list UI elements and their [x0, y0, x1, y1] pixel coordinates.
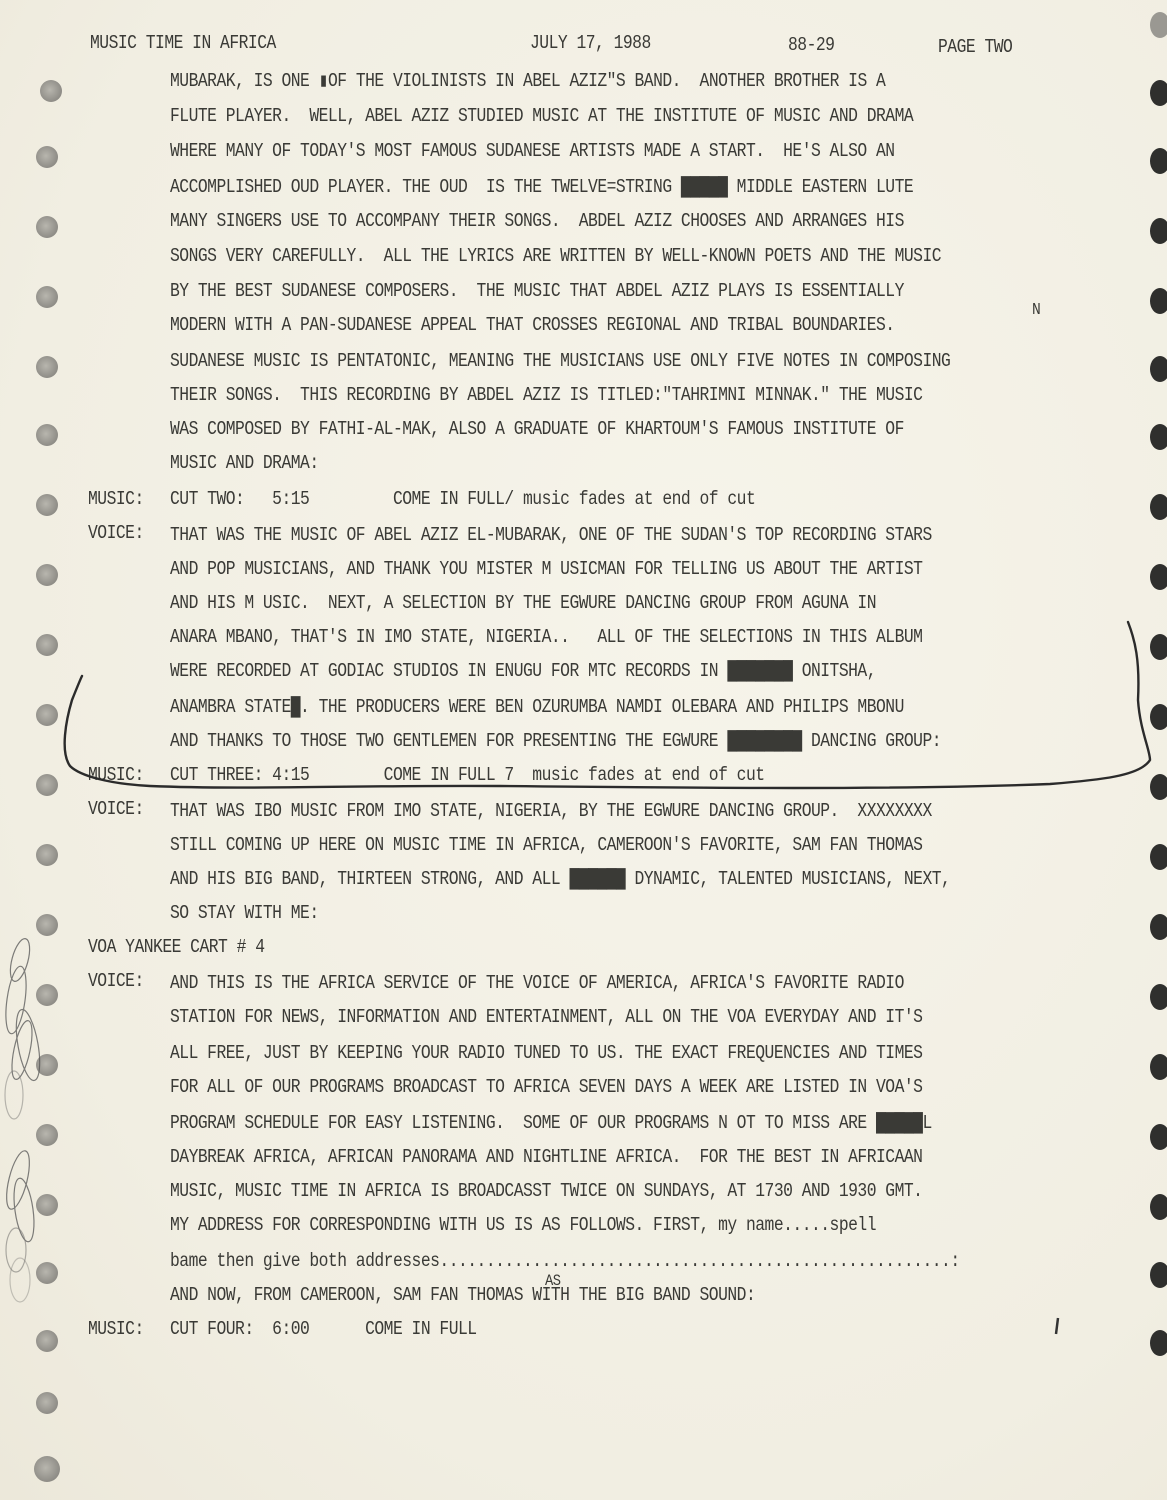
script-line: FOR ALL OF OUR PROGRAMS BROADCAST TO AFR… — [170, 1076, 922, 1098]
script-line: SONGS VERY CAREFULLY. ALL THE LYRICS ARE… — [170, 245, 941, 267]
punch-hole-right — [1150, 288, 1167, 314]
music-cue: CUT TWO: 5:15 COME IN FULL/ music fades … — [170, 488, 755, 510]
script-line: WAS COMPOSED BY FATHI-AL-MAK, ALSO A GRA… — [170, 418, 904, 440]
punch-hole-left — [36, 494, 58, 516]
punch-hole-right — [1150, 218, 1167, 244]
punch-hole-right — [1150, 424, 1167, 450]
punch-hole-left — [36, 984, 58, 1006]
punch-hole-right — [1150, 564, 1167, 590]
script-line: MY ADDRESS FOR CORRESPONDING WITH US IS … — [170, 1214, 876, 1236]
punch-hole-left — [36, 1262, 58, 1284]
punch-hole-right — [1150, 80, 1167, 106]
script-line: THAT WAS THE MUSIC OF ABEL AZIZ EL-MUBAR… — [170, 524, 932, 546]
punch-hole-left — [36, 774, 58, 796]
cue-label-voice: VOICE: — [88, 798, 144, 820]
cue-label-music: MUSIC: — [88, 1318, 144, 1340]
punch-hole-right — [1150, 984, 1167, 1010]
punch-hole-left — [36, 914, 58, 936]
punch-hole-left — [36, 704, 58, 726]
punch-hole-left — [36, 424, 58, 446]
punch-hole-right — [1150, 12, 1167, 38]
punch-hole-left — [40, 80, 62, 102]
script-line: PROGRAM SCHEDULE FOR EASY LISTENING. SOM… — [170, 1112, 932, 1134]
script-line: MANY SINGERS USE TO ACCOMPANY THEIR SONG… — [170, 210, 904, 232]
music-cue: CUT THREE: 4:15 COME IN FULL 7 music fad… — [170, 764, 765, 786]
document-page: MUSIC TIME IN AFRICA JULY 17, 1988 88-29… — [0, 0, 1167, 1500]
script-line: MUSIC AND DRAMA: — [170, 452, 319, 474]
program-title: MUSIC TIME IN AFRICA — [90, 32, 276, 54]
punch-hole-right — [1150, 356, 1167, 382]
script-line: WERE RECORDED AT GODIAC STUDIOS IN ENUGU… — [170, 660, 876, 682]
script-number: 88-29 — [788, 34, 834, 56]
punch-hole-left — [36, 1330, 58, 1352]
punch-hole-left — [36, 1392, 58, 1414]
punch-hole-left — [36, 216, 58, 238]
script-line: ACCOMPLISHED OUD PLAYER. THE OUD IS THE … — [170, 176, 913, 198]
punch-hole-right — [1150, 148, 1167, 174]
script-line: AND POP MUSICIANS, AND THANK YOU MISTER … — [170, 558, 922, 580]
punch-hole-right — [1150, 1262, 1167, 1288]
punch-hole-left — [36, 1124, 58, 1146]
script-line: WHERE MANY OF TODAY'S MOST FAMOUS SUDANE… — [170, 140, 895, 162]
script-line: MUSIC, MUSIC TIME IN AFRICA IS BROADCASS… — [170, 1180, 922, 1202]
punch-hole-left — [36, 146, 58, 168]
punch-hole-right — [1150, 704, 1167, 730]
punch-hole-right — [1150, 774, 1167, 800]
script-line: AND NOW, FROM CAMEROON, SAM FAN THOMAS W… — [170, 1284, 755, 1306]
punch-hole-left — [36, 564, 58, 586]
script-line: SUDANESE MUSIC IS PENTATONIC, MEANING TH… — [170, 350, 950, 372]
punch-hole-left — [36, 356, 58, 378]
script-line: STATION FOR NEWS, INFORMATION AND ENTERT… — [170, 1006, 922, 1028]
cart-cue: VOA YANKEE CART # 4 — [88, 936, 265, 958]
punch-hole-right — [1150, 634, 1167, 660]
punch-hole-right — [1150, 1124, 1167, 1150]
script-line: AND HIS M USIC. NEXT, A SELECTION BY THE… — [170, 592, 876, 614]
script-line: bame then give both addresses...........… — [170, 1250, 960, 1272]
punch-hole-left — [36, 1054, 58, 1076]
script-line: FLUTE PLAYER. WELL, ABEL AZIZ STUDIED MU… — [170, 105, 913, 127]
punch-hole-right — [1150, 494, 1167, 520]
script-line: AND HIS BIG BAND, THIRTEEN STRONG, AND A… — [170, 868, 950, 890]
punch-hole-left — [36, 634, 58, 656]
typed-insert-n: N — [1032, 300, 1040, 322]
script-line: AND THANKS TO THOSE TWO GENTLEMEN FOR PR… — [170, 730, 941, 752]
punch-hole-left — [36, 1194, 58, 1216]
typed-insert-as: AS — [545, 1270, 560, 1292]
script-line: MODERN WITH A PAN-SUDANESE APPEAL THAT C… — [170, 314, 895, 336]
script-line: THAT WAS IBO MUSIC FROM IMO STATE, NIGER… — [170, 800, 932, 822]
punch-hole-right — [1150, 1194, 1167, 1220]
cue-label-music: MUSIC: — [88, 764, 144, 786]
punch-hole-left — [36, 844, 58, 866]
cue-label-voice: VOICE: — [88, 522, 144, 544]
script-line: ANAMBRA STATE█. THE PRODUCERS WERE BEN O… — [170, 696, 904, 718]
script-line: THEIR SONGS. THIS RECORDING BY ABDEL AZI… — [170, 384, 922, 406]
script-line: DAYBREAK AFRICA, AFRICAN PANORAMA AND NI… — [170, 1146, 922, 1168]
cue-label-voice: VOICE: — [88, 970, 144, 992]
music-cue: CUT FOUR: 6:00 COME IN FULL — [170, 1318, 477, 1340]
script-line: SO STAY WITH ME: — [170, 902, 319, 924]
page-number: PAGE TWO — [938, 36, 1012, 58]
script-line: ANARA MBANO, THAT'S IN IMO STATE, NIGERI… — [170, 626, 922, 648]
punch-hole-right — [1150, 844, 1167, 870]
punch-hole-left — [36, 286, 58, 308]
script-line: AND THIS IS THE AFRICA SERVICE OF THE VO… — [170, 972, 904, 994]
punch-hole-left — [34, 1456, 60, 1482]
cue-label-music: MUSIC: — [88, 488, 144, 510]
punch-hole-right — [1150, 914, 1167, 940]
script-line: BY THE BEST SUDANESE COMPOSERS. THE MUSI… — [170, 280, 904, 302]
punch-hole-right — [1150, 1054, 1167, 1080]
punch-hole-right — [1150, 1330, 1167, 1356]
script-line: MUBARAK, IS ONE ▮OF THE VIOLINISTS IN AB… — [170, 70, 885, 92]
script-line: STILL COMING UP HERE ON MUSIC TIME IN AF… — [170, 834, 922, 856]
broadcast-date: JULY 17, 1988 — [530, 32, 651, 54]
script-line: ALL FREE, JUST BY KEEPING YOUR RADIO TUN… — [170, 1042, 922, 1064]
